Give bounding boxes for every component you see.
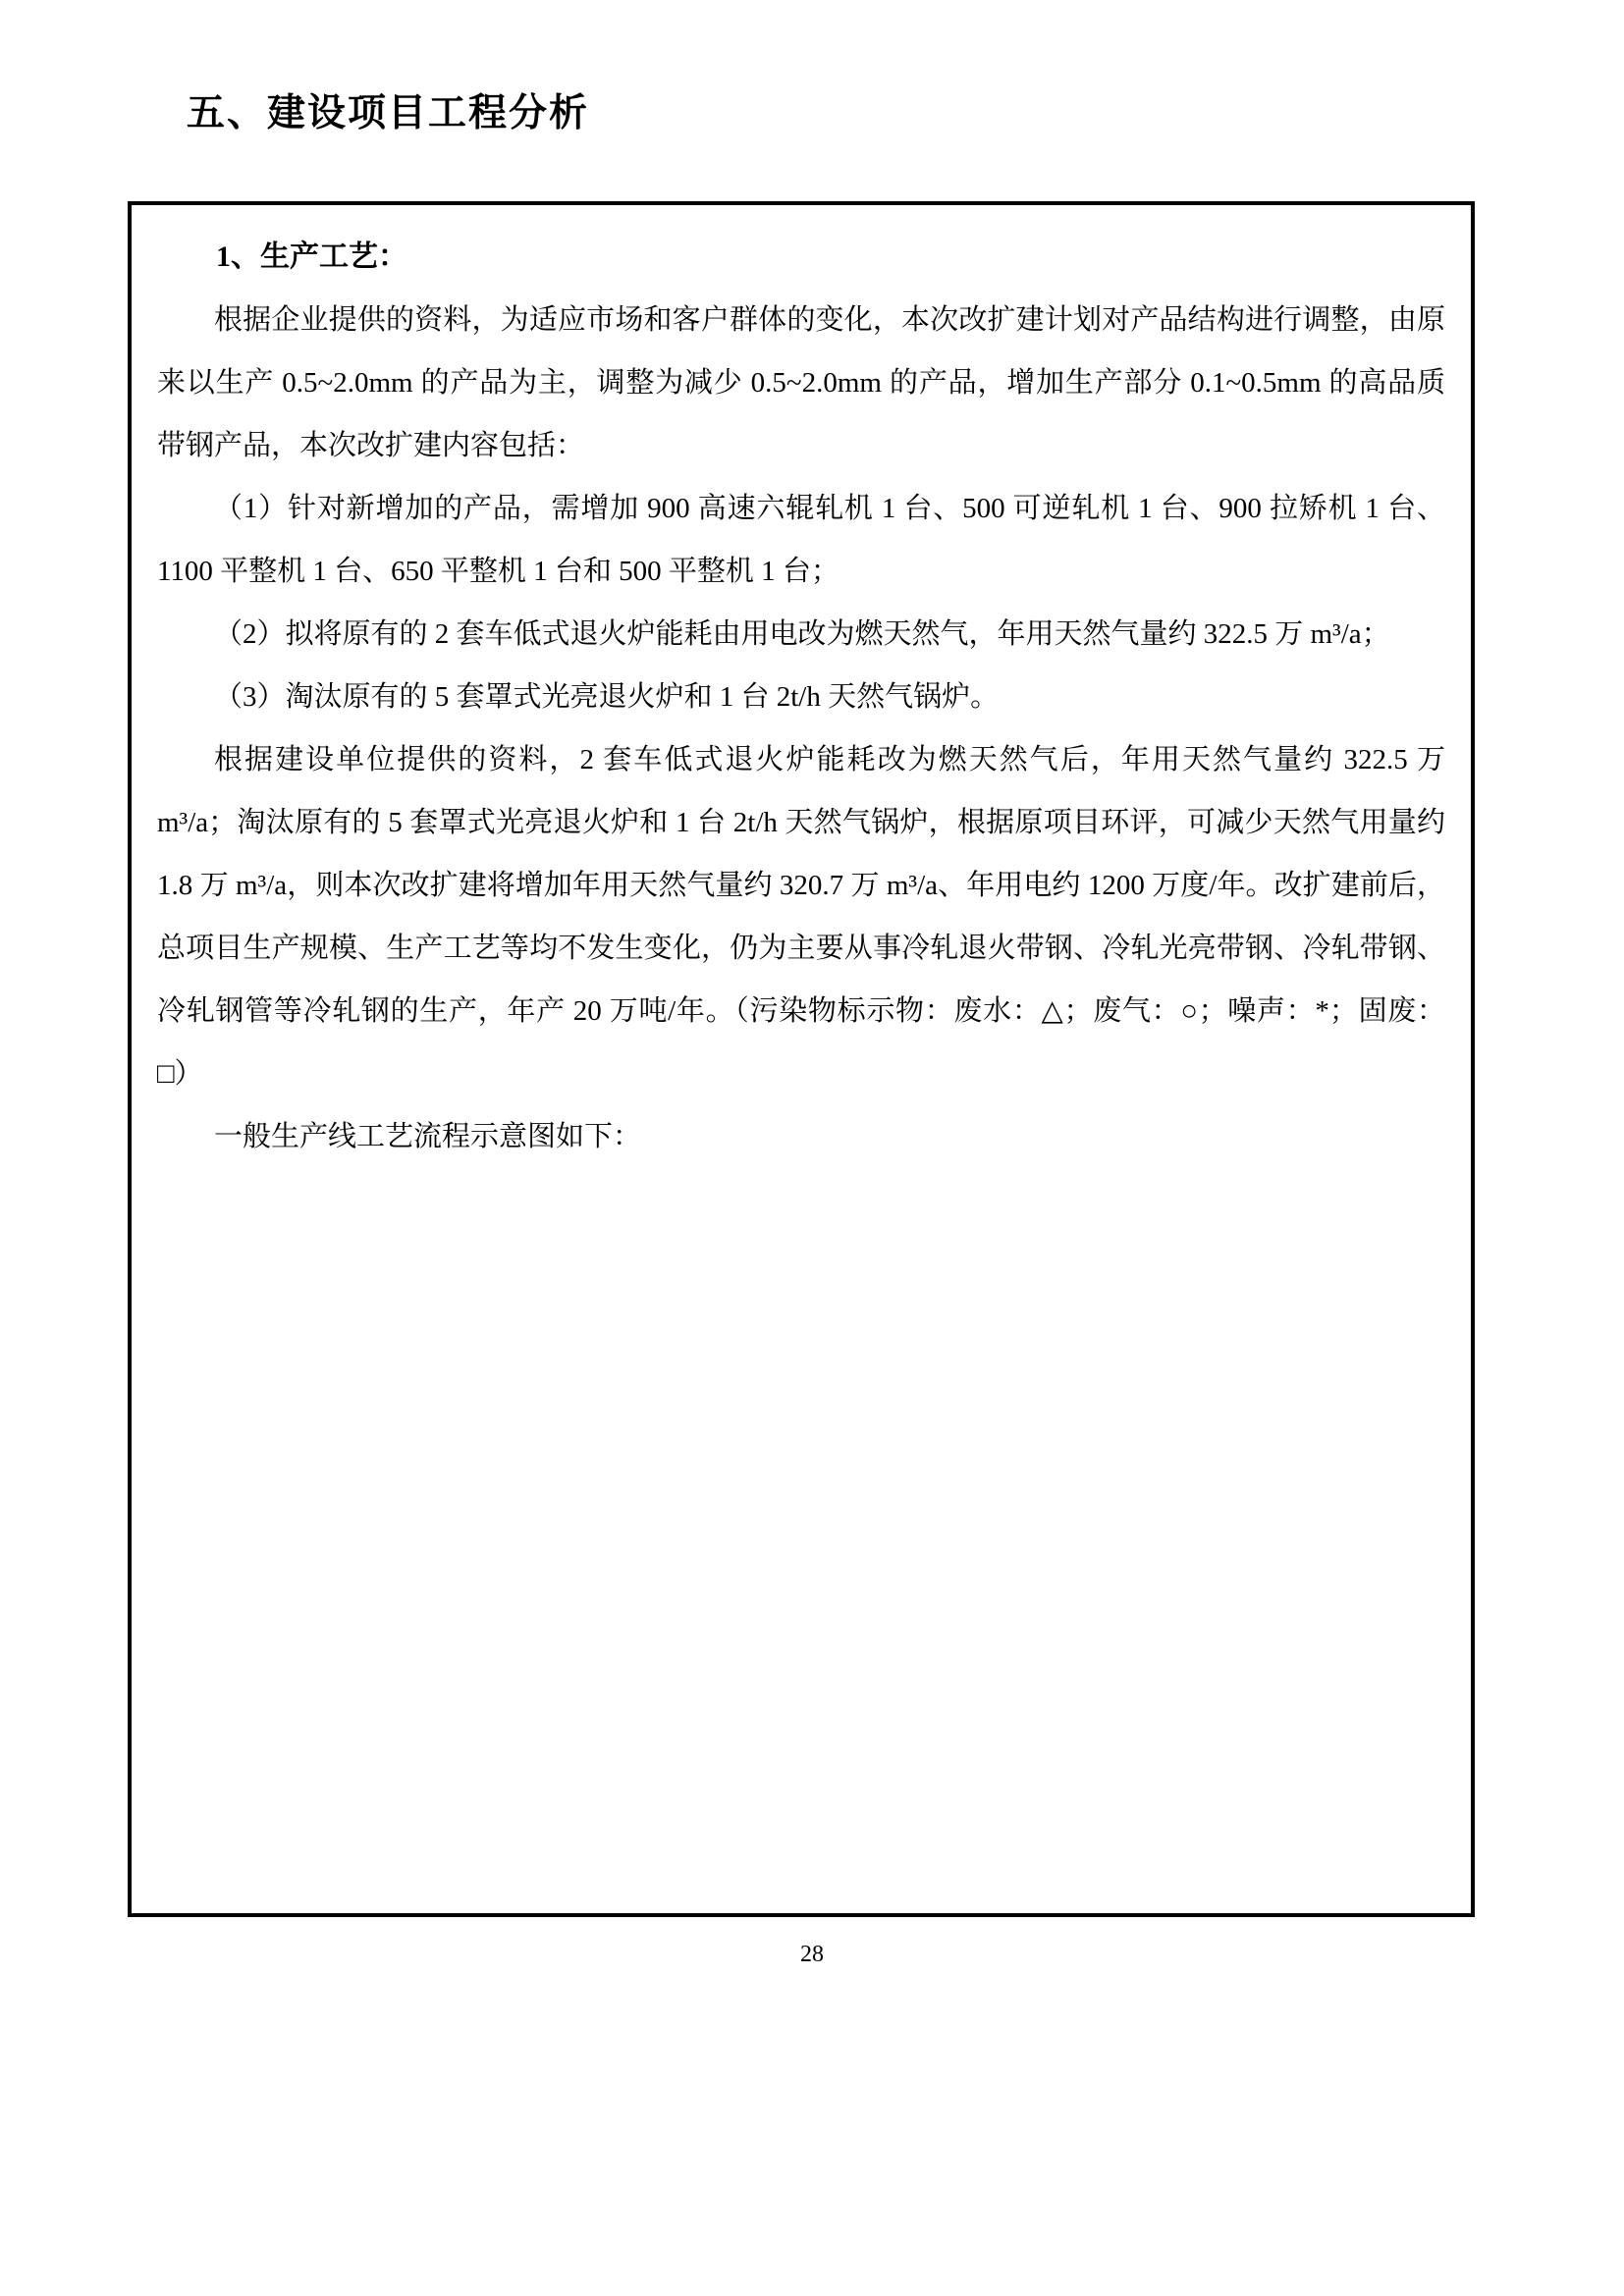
page-number: 28 <box>0 1942 1624 1968</box>
page-title: 五、建设项目工程分析 <box>187 82 589 137</box>
paragraph-intro: 根据企业提供的资料，为适应市场和客户群体的变化，本次改扩建计划对产品结构进行调整… <box>157 289 1445 477</box>
content-border-box: 1、生产工艺： 根据企业提供的资料，为适应市场和客户群体的变化，本次改扩建计划对… <box>128 201 1475 1917</box>
paragraph-item-1: （1）针对新增加的产品，需增加 900 高速六辊轧机 1 台、500 可逆轧机 … <box>157 477 1445 603</box>
paragraph-item-3: （3）淘汰原有的 5 套罩式光亮退火炉和 1 台 2t/h 天然气锅炉。 <box>157 666 1445 728</box>
paragraph-item-2: （2）拟将原有的 2 套车低式退火炉能耗由用电改为燃天然气，年用天然气量约 32… <box>157 603 1445 666</box>
paragraph-flowchart-note: 一般生产线工艺流程示意图如下： <box>157 1105 1445 1168</box>
section-title: 1、生产工艺： <box>157 235 1445 279</box>
paragraph-summary: 根据建设单位提供的资料，2 套车低式退火炉能耗改为燃天然气后，年用天然气量约 3… <box>157 728 1445 1105</box>
